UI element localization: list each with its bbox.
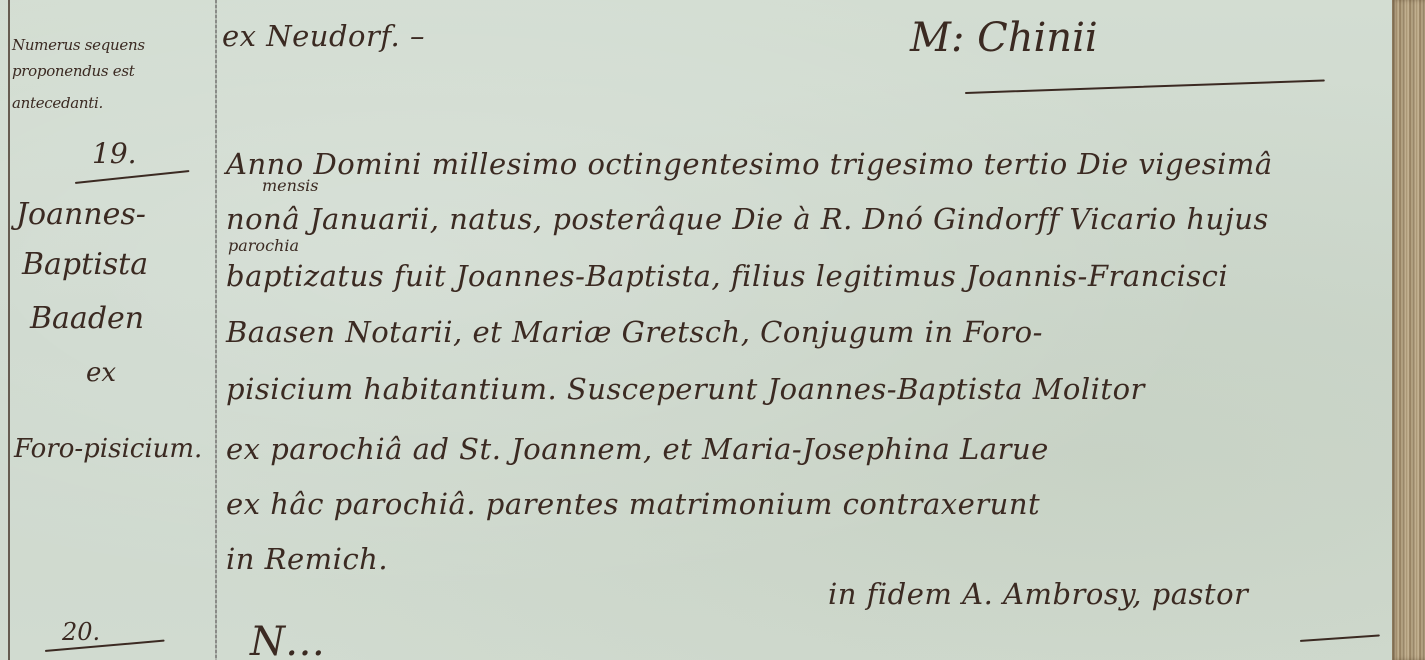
entry-line-3: baptizatus fuit Joannes-Baptista, filius… [226,262,1228,291]
entry-number-underline [75,170,190,184]
signature-underline [965,79,1325,94]
entry-line-5: pisicium habitantium. Susceperunt Joanne… [226,375,1145,404]
register-page: ex Neudorf. – M: Chinii Numerus sequens … [0,0,1392,660]
inserted-word-parochia: parochia [228,238,299,254]
margin-entry-number: 19. [92,140,137,168]
entry-line-4: Baasen Notarii, et Mariæ Gretsch, Conjug… [226,318,1043,347]
margin-name-line-3: Baaden [30,304,144,334]
book-binding-edge [1392,0,1425,660]
margin-note-line-2: proponendus est [12,64,134,79]
entry-line-1: Anno Domini millesimo octingentesimo tri… [226,150,1273,179]
margin-name-line-4: ex [86,360,116,386]
left-page-rule [8,0,10,660]
pastor-underline [1300,634,1380,642]
previous-entry-signature: M: Chinii [910,18,1098,58]
entry-line-6: ex parochiâ ad St. Joannem, et Maria-Jos… [226,435,1049,464]
next-entry-start: N… [250,622,325,660]
previous-entry-origin: ex Neudorf. – [222,22,425,51]
margin-name-line-2: Baptista [22,250,148,280]
margin-note-line-1: Numerus sequens [12,38,145,53]
margin-name-line-5: Foro-pisicium. [14,436,202,462]
margin-name-line-1: Joannes- [16,200,146,230]
margin-rule [215,0,217,660]
entry-signature: in fidem A. Ambrosy, pastor [828,580,1248,609]
margin-next-entry-number: 20. [62,620,100,644]
entry-line-8: in Remich. [226,545,388,574]
entry-line-2: nonâ Januarii, natus, posterâque Die à R… [226,205,1269,234]
margin-note-line-3: antecedanti. [12,96,103,111]
entry-line-7: ex hâc parochiâ. parentes matrimonium co… [226,490,1040,519]
